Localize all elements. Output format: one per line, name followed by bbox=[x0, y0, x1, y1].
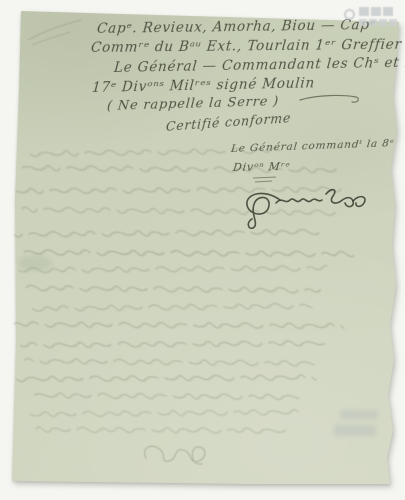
auction-watermark bbox=[344, 3, 404, 30]
manuscript-line: Commʳᵉ du Bᵃᵘ Ext., Tourlain 1ᵉʳ Greffie… bbox=[90, 37, 402, 56]
signature-flourish bbox=[238, 172, 373, 230]
watermark-glyph bbox=[369, 19, 377, 26]
watermark-glyph bbox=[383, 7, 393, 16]
watermark-glyph bbox=[359, 19, 367, 26]
faint-stamp-mark bbox=[334, 425, 376, 436]
watermark-glyph bbox=[371, 7, 381, 16]
faint-stamp-mark bbox=[340, 410, 378, 419]
stain-mark bbox=[18, 255, 52, 271]
photo-frame: Capᵉ. Revieux, Amorha, Biou — Capᵉ Commʳ… bbox=[0, 0, 405, 500]
pencil-mark bbox=[24, 14, 86, 50]
watermark-glyph bbox=[379, 19, 387, 26]
watermark-glyph bbox=[389, 19, 397, 26]
watermark-logo-icon bbox=[344, 9, 355, 20]
paraph-flourish bbox=[138, 436, 214, 474]
underline-swash bbox=[298, 92, 362, 106]
watermark-glyph bbox=[359, 7, 369, 16]
